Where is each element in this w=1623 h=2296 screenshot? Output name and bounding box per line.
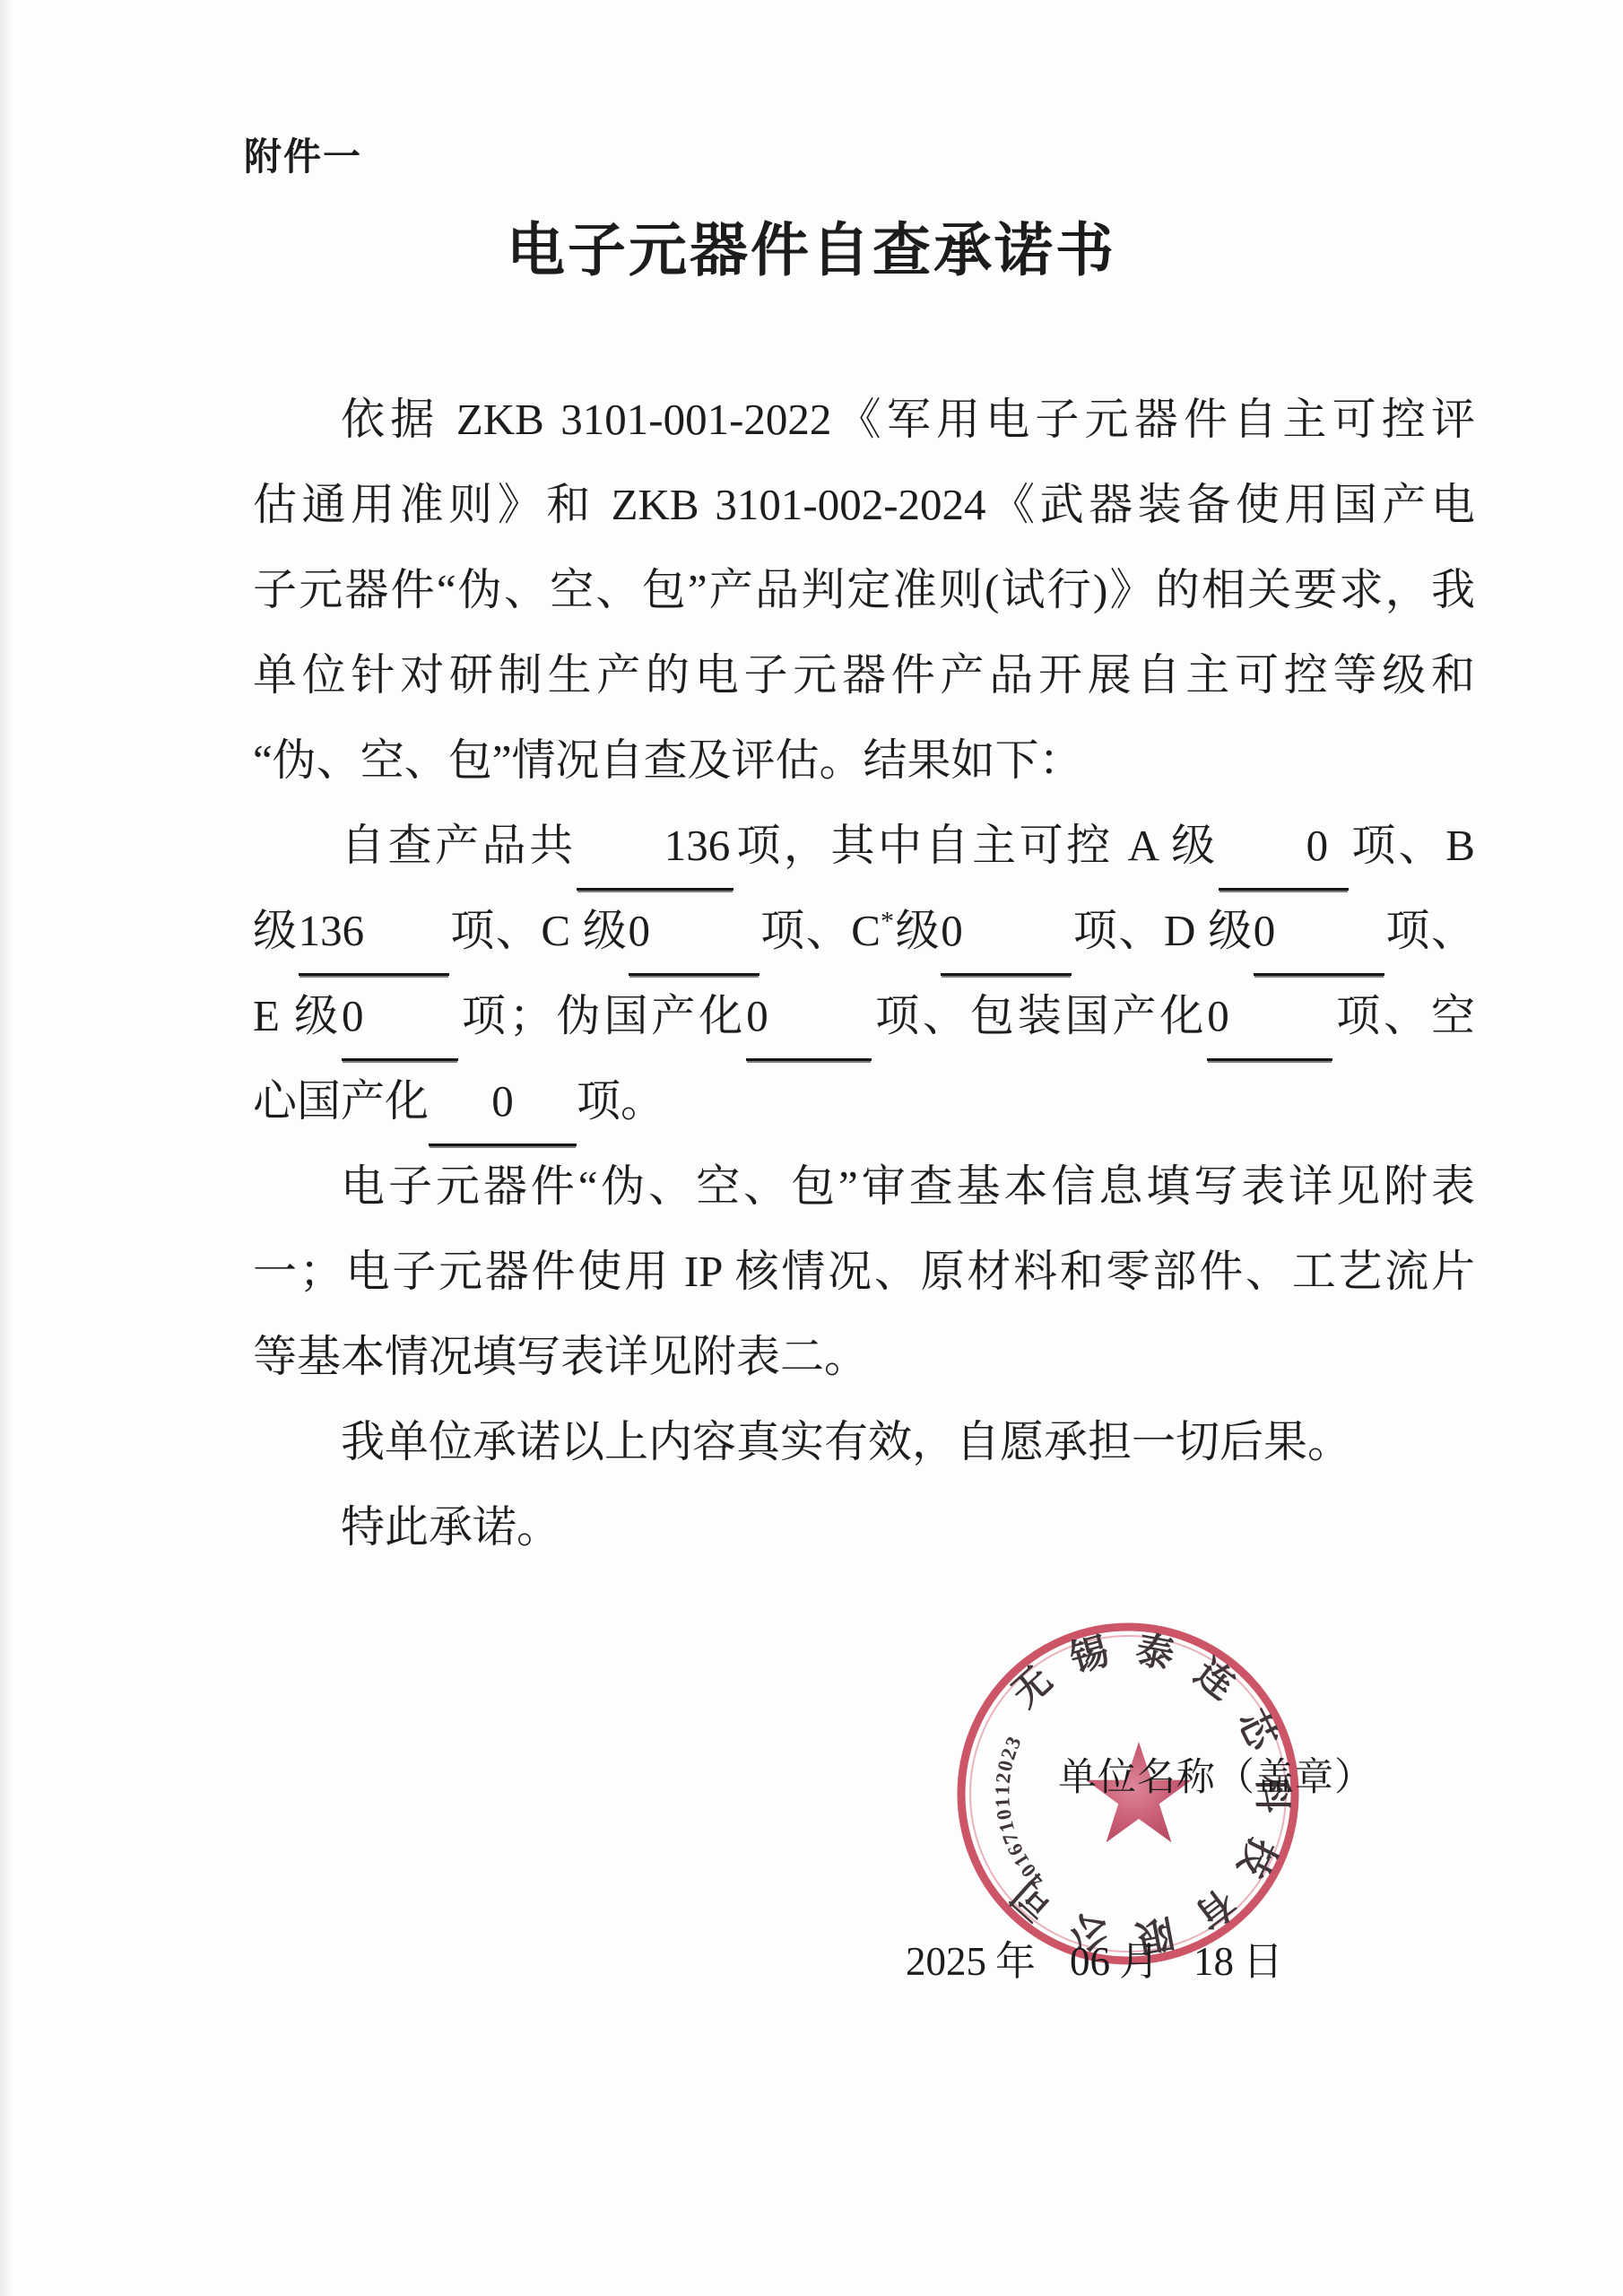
body-line: 心国产化0项。 — [253, 1058, 1475, 1144]
body-line: 级136项、C 级0项、C*级0项、D 级0项、 — [253, 888, 1475, 973]
text-run: 项、包装国产化 — [872, 991, 1207, 1040]
blank-value: 0 — [1207, 973, 1332, 1061]
text-run: 子元器件“伪、空、包”产品判定准则(试行)》的相关要求，我 — [253, 565, 1475, 614]
text-run: E 级 — [253, 991, 342, 1040]
text-run: 项、 — [1384, 906, 1475, 955]
text-run: 单位针对研制生产的电子元器件产品开展自主可控等级和 — [253, 650, 1475, 700]
text-run: 项、B — [1349, 821, 1475, 870]
blank-value: 0 — [746, 973, 872, 1061]
blank-value: 0 — [1254, 888, 1384, 976]
date-day: 18 — [1193, 1939, 1234, 1984]
body-line: 自查产品共136项，其中自主可控 A 级0项、B — [253, 803, 1475, 888]
date-year: 2025 — [906, 1939, 986, 1984]
text-run: 自查产品共 — [341, 821, 577, 870]
body-line: 等基本情况填写表详见附表二。 — [253, 1314, 1475, 1399]
body-line: 我单位承诺以上内容真实有效，自愿承担一切后果。 — [253, 1399, 1475, 1484]
text-run: 依据 ZKB 3101-001-2022《军用电子元器件自主可控评 — [341, 395, 1475, 444]
text-run: 我单位承诺以上内容真实有效，自愿承担一切后果。 — [341, 1417, 1351, 1466]
document-page: 附件一 电子元器件自查承诺书 依据 ZKB 3101-001-2022《军用电子… — [0, 0, 1623, 2296]
text-run: 项、空 — [1332, 991, 1475, 1040]
signature-line-label: 单位名称（盖章） — [1058, 1747, 1374, 1802]
text-run: 电子元器件“伪、空、包”审查基本信息填写表详见附表 — [341, 1161, 1475, 1211]
blank-value: 0 — [941, 888, 1072, 976]
date-day-unit: 日 — [1243, 1939, 1283, 1984]
seal-company-char: 连 — [1187, 1651, 1243, 1708]
attachment-label: 附件一 — [244, 127, 362, 181]
body-line: 特此承诺。 — [253, 1484, 1475, 1570]
blank-value: 0 — [342, 973, 458, 1061]
body-line: 电子元器件“伪、空、包”审查基本信息填写表详见附表 — [253, 1144, 1475, 1229]
text-run: 项；伪国产化 — [458, 991, 746, 1040]
blank-value: 136 — [299, 888, 449, 976]
date-month-unit: 月 — [1119, 1939, 1159, 1984]
seal-serial-number: 3202110176104 — [991, 1734, 1048, 1892]
date-month: 06 — [1070, 1939, 1110, 1984]
document-body: 依据 ZKB 3101-001-2022《军用电子元器件自主可控评估通用准则》和… — [253, 377, 1475, 1570]
text-run: 级 — [253, 906, 299, 955]
text-run: 心国产化 — [253, 1076, 429, 1126]
blank-value: 0 — [1219, 803, 1349, 891]
superscript-asterisk: * — [881, 907, 894, 936]
body-line: 依据 ZKB 3101-001-2022《军用电子元器件自主可控评 — [253, 377, 1475, 462]
text-run: 一；电子元器件使用 IP 核情况、原材料和零部件、工艺流片 — [253, 1247, 1475, 1296]
blank-value: 0 — [429, 1058, 577, 1146]
text-run: 级 — [894, 906, 941, 955]
seal-company-char: 泰 — [1133, 1629, 1177, 1677]
text-run: 等基本情况填写表详见附表二。 — [253, 1332, 868, 1381]
text-run: 估通用准则》和 ZKB 3101-002-2024《武器装备使用国产电 — [253, 480, 1475, 529]
blank-value: 136 — [577, 803, 733, 891]
seal-serial-digit: 0 — [992, 1808, 1016, 1822]
date-line: 2025年06月18日 — [906, 1928, 1283, 1987]
text-run: 项、C — [759, 906, 881, 955]
text-run: 项，其中自主可控 A 级 — [733, 821, 1219, 870]
body-line: 一；电子元器件使用 IP 核情况、原材料和零部件、工艺流片 — [253, 1229, 1475, 1314]
text-run: “伪、空、包”情况自查及评估。结果如下： — [253, 735, 1083, 785]
body-line: 估通用准则》和 ZKB 3101-002-2024《武器装备使用国产电 — [253, 462, 1475, 547]
body-line: E 级0项；伪国产化0项、包装国产化0项、空 — [253, 973, 1475, 1058]
text-run: 项、C 级 — [449, 906, 629, 955]
text-run: 项、D 级 — [1072, 906, 1254, 955]
text-run: 项。 — [577, 1076, 664, 1126]
seal-serial-digit: 1 — [991, 1796, 1014, 1808]
body-line: “伪、空、包”情况自查及评估。结果如下： — [253, 717, 1475, 803]
page-title: 电子元器件自查承诺书 — [0, 203, 1623, 287]
body-line: 单位针对研制生产的电子元器件产品开展自主可控等级和 — [253, 632, 1475, 717]
seal-serial-digit: 1 — [991, 1785, 1013, 1796]
body-line: 子元器件“伪、空、包”产品判定准则(试行)》的相关要求，我 — [253, 547, 1475, 632]
text-run: 特此承诺。 — [341, 1502, 560, 1552]
blank-value: 0 — [629, 888, 759, 976]
date-year-unit: 年 — [995, 1939, 1036, 1984]
